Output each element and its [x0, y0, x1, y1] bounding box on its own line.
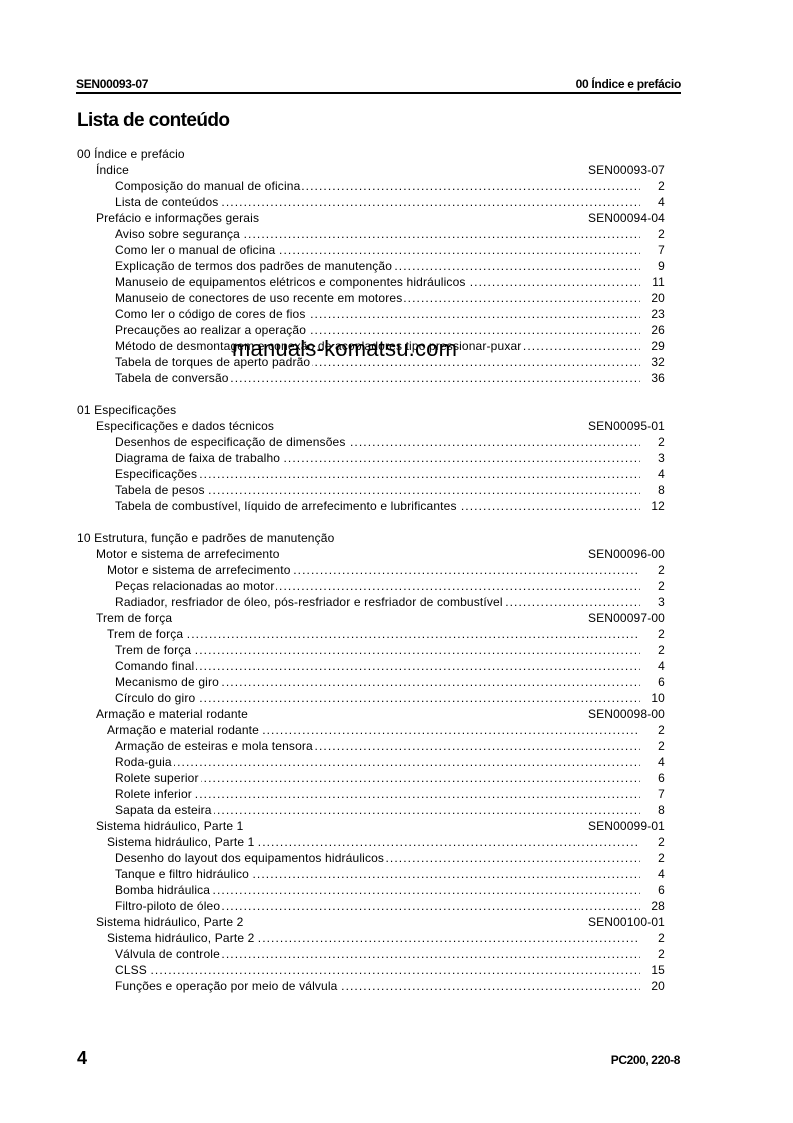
toc-entry[interactable]: Aviso sobre segurança2 [77, 226, 665, 242]
section-title: 00 Índice e prefácio [576, 77, 681, 91]
toc-page-number: 2 [658, 562, 665, 578]
page-title: Lista de conteúdo [77, 110, 229, 132]
toc-entry[interactable]: Comando final4 [77, 658, 665, 674]
toc-entry-title: Explicação de termos dos padrões de manu… [115, 258, 394, 274]
dot-leader [115, 754, 640, 770]
toc-entry-title: Método de desmontagem e conexão de acopl… [115, 338, 523, 354]
toc-entry-title: Círculo do giro [115, 690, 197, 706]
toc-entry[interactable]: Válvula de controle2 [77, 946, 665, 962]
toc-entry-title: Motor e sistema de arrefecimento [96, 546, 282, 562]
toc-entry-title: Filtro-piloto de óleo [115, 898, 222, 914]
toc-entry-title: Diagrama de faixa de trabalho [115, 450, 282, 466]
toc-entry-title: Válvula de controle [115, 946, 222, 962]
toc-entry-title: Sistema hidráulico, Parte 1 [96, 818, 245, 834]
toc-page-number: 6 [658, 674, 665, 690]
toc-entry-title: Sapata da esteira [115, 802, 214, 818]
toc-entry[interactable]: Peças relacionadas ao motor2 [77, 578, 665, 594]
toc-page-number: 12 [651, 498, 665, 514]
toc-entry-title: Trem de força [107, 626, 185, 642]
toc-entry[interactable]: Sapata da esteira8 [77, 802, 665, 818]
toc-entry[interactable]: Precauções ao realizar a operação26 [77, 322, 665, 338]
toc-chapter: 10 Estrutura, função e padrões de manute… [77, 530, 665, 546]
toc-module[interactable]: Prefácio e informações geraisSEN00094-04 [77, 210, 665, 226]
toc-page-number: 26 [651, 322, 665, 338]
toc-page-number: 2 [658, 738, 665, 754]
toc-page-number: 2 [658, 626, 665, 642]
toc-page-number: 2 [658, 178, 665, 194]
table-of-contents: 00 Índice e prefácioÍndiceSEN00093-07Com… [77, 146, 665, 994]
toc-entry[interactable]: Tabela de combustível, líquido de arrefe… [77, 498, 665, 514]
toc-chapter: 00 Índice e prefácio [77, 146, 665, 162]
toc-entry[interactable]: Diagrama de faixa de trabalho3 [77, 450, 665, 466]
toc-page-number: 7 [658, 786, 665, 802]
toc-page-number: 32 [651, 354, 665, 370]
toc-entry-title: 01 Especificações [77, 402, 178, 418]
toc-entry-title: Trem de força [115, 642, 193, 658]
toc-entry-title: Especificações [115, 466, 199, 482]
toc-entry-title: Sistema hidráulico, Parte 1 [107, 834, 256, 850]
toc-entry-title: Bomba hidráulica [115, 882, 212, 898]
toc-page-number: 2 [658, 578, 665, 594]
toc-chapter: 01 Especificações [77, 402, 665, 418]
toc-entry[interactable]: Funções e operação por meio de válvula20 [77, 978, 665, 994]
toc-entry[interactable]: Manuseio de equipamentos elétricos e com… [77, 274, 665, 290]
toc-entry[interactable]: Trem de força2 [77, 642, 665, 658]
toc-entry[interactable]: Como ler o código de cores de fios23 [77, 306, 665, 322]
toc-entry-title: Sistema hidráulico, Parte 2 [96, 914, 245, 930]
toc-module-code: SEN00096-00 [588, 546, 665, 562]
toc-entry-title: Armação e material rodante [96, 706, 250, 722]
toc-page-number: 20 [651, 978, 665, 994]
toc-entry[interactable]: Armação e material rodante2 [77, 722, 665, 738]
toc-entry[interactable]: Tabela de pesos8 [77, 482, 665, 498]
dot-leader [107, 626, 640, 642]
toc-page-number: 8 [658, 482, 665, 498]
toc-page-number: 28 [651, 898, 665, 914]
toc-entry-title: 00 Índice e prefácio [77, 146, 187, 162]
document-code: SEN00093-07 [76, 77, 148, 91]
toc-page-number: 11 [652, 274, 665, 290]
toc-entry[interactable]: Como ler o manual de oficina7 [77, 242, 665, 258]
toc-page-number: 2 [658, 642, 665, 658]
toc-module-code: SEN00094-04 [588, 210, 665, 226]
toc-entry-title: 10 Estrutura, função e padrões de manute… [77, 530, 336, 546]
toc-module-code: SEN00095-01 [588, 418, 665, 434]
toc-entry[interactable]: Armação de esteiras e mola tensora2 [77, 738, 665, 754]
toc-page-number: 2 [658, 946, 665, 962]
toc-page-number: 2 [658, 722, 665, 738]
toc-page-number: 6 [658, 770, 665, 786]
toc-entry-title: Especificações e dados técnicos [96, 418, 276, 434]
toc-entry-title: Comando final [115, 658, 196, 674]
toc-module-code: SEN00100-01 [588, 914, 665, 930]
toc-page-number: 2 [658, 834, 665, 850]
toc-page-number: 8 [658, 802, 665, 818]
toc-entry[interactable]: Lista de conteúdos4 [77, 194, 665, 210]
toc-entry-title: Rolete inferior [115, 786, 194, 802]
toc-entry[interactable]: Tanque e filtro hidráulico4 [77, 866, 665, 882]
toc-module-code: SEN00098-00 [588, 706, 665, 722]
page-footer: 4 PC200, 220-8 [77, 1048, 680, 1070]
dot-leader [115, 962, 640, 978]
toc-page-number: 4 [658, 658, 665, 674]
toc-entry[interactable]: Rolete superior6 [77, 770, 665, 786]
toc-entry-title: Manuseio de conectores de uso recente em… [115, 290, 404, 306]
toc-entry-title: Armação e material rodante [107, 722, 261, 738]
section-spacer [77, 514, 665, 530]
toc-page-number: 9 [658, 258, 665, 274]
toc-page-number: 4 [658, 754, 665, 770]
toc-page-number: 3 [658, 450, 665, 466]
toc-page-number: 2 [658, 434, 665, 450]
toc-entry[interactable]: Método de desmontagem e conexão de acopl… [77, 338, 665, 354]
toc-entry[interactable]: Desenho do layout dos equipamentos hidrá… [77, 850, 665, 866]
toc-page-number: 4 [658, 866, 665, 882]
toc-module[interactable]: ÍndiceSEN00093-07 [77, 162, 665, 178]
toc-entry-title: Funções e operação por meio de válvula [115, 978, 340, 994]
toc-entry[interactable]: Círculo do giro10 [77, 690, 665, 706]
toc-page-number: 2 [658, 850, 665, 866]
machine-model: PC200, 220-8 [611, 1053, 680, 1067]
toc-module[interactable]: Motor e sistema de arrefecimentoSEN00096… [77, 546, 665, 562]
toc-module[interactable]: Trem de forçaSEN00097-00 [77, 610, 665, 626]
toc-entry-title: Como ler o código de cores de fios [115, 306, 308, 322]
toc-entry-title: Desenhos de especificação de dimensões [115, 434, 348, 450]
toc-entry[interactable]: CLSS15 [77, 962, 665, 978]
toc-entry[interactable]: Roda-guia4 [77, 754, 665, 770]
toc-entry[interactable]: Tabela de torques de aperto padrão32 [77, 354, 665, 370]
toc-module-code: SEN00097-00 [588, 610, 665, 626]
toc-page-number: 20 [651, 290, 665, 306]
toc-entry-title: Tabela de pesos [115, 482, 207, 498]
toc-page-number: 10 [651, 690, 665, 706]
toc-entry-title: Radiador, resfriador de óleo, pós-resfri… [115, 594, 505, 610]
toc-entry-title: Sistema hidráulico, Parte 2 [107, 930, 256, 946]
toc-entry-title: Tabela de combustível, líquido de arrefe… [115, 498, 459, 514]
toc-entry[interactable]: Explicação de termos dos padrões de manu… [77, 258, 665, 274]
toc-module-code: SEN00093-07 [588, 162, 665, 178]
toc-entry[interactable]: Mecanismo de giro6 [77, 674, 665, 690]
toc-entry-title: Índice [96, 162, 131, 178]
toc-entry-title: Precauções ao realizar a operação [115, 322, 308, 338]
toc-module[interactable]: Sistema hidráulico, Parte 1SEN00099-01 [77, 818, 665, 834]
section-spacer [77, 386, 665, 402]
toc-entry[interactable]: Especificações4 [77, 466, 665, 482]
toc-entry-title: Tabela de torques de aperto padrão [115, 354, 312, 370]
toc-page-number: 6 [658, 882, 665, 898]
toc-entry-title: CLSS [115, 962, 149, 978]
toc-module[interactable]: Sistema hidráulico, Parte 2SEN00100-01 [77, 914, 665, 930]
toc-module[interactable]: Armação e material rodanteSEN00098-00 [77, 706, 665, 722]
toc-entry-title: Tanque e filtro hidráulico [115, 866, 251, 882]
toc-entry[interactable]: Motor e sistema de arrefecimento2 [77, 562, 665, 578]
toc-entry-title: Mecanismo de giro [115, 674, 221, 690]
toc-entry-title: Tabela de conversão [115, 370, 231, 386]
toc-entry-title: Roda-guia [115, 754, 174, 770]
toc-page-number: 2 [658, 930, 665, 946]
toc-module-code: SEN00099-01 [588, 818, 665, 834]
toc-entry-title: Prefácio e informações gerais [96, 210, 261, 226]
toc-entry-title: Armação de esteiras e mola tensora [115, 738, 315, 754]
toc-page-number: 4 [658, 194, 665, 210]
toc-entry[interactable]: Manuseio de conectores de uso recente em… [77, 290, 665, 306]
toc-page-number: 36 [651, 370, 665, 386]
toc-page-number: 3 [658, 594, 665, 610]
toc-page-number: 7 [658, 242, 665, 258]
toc-entry-title: Lista de conteúdos [115, 194, 220, 210]
toc-entry[interactable]: Composição do manual de oficina2 [77, 178, 665, 194]
toc-page-number: 29 [651, 338, 665, 354]
toc-page-number: 4 [658, 466, 665, 482]
toc-entry-title: Como ler o manual de oficina [115, 242, 277, 258]
toc-page-number: 15 [651, 962, 665, 978]
toc-entry[interactable]: Sistema hidráulico, Parte 22 [77, 930, 665, 946]
toc-module[interactable]: Especificações e dados técnicosSEN00095-… [77, 418, 665, 434]
toc-page-number: 2 [658, 226, 665, 242]
page-header: SEN00093-07 00 Índice e prefácio [76, 76, 681, 94]
dot-leader [115, 642, 640, 658]
toc-entry-title: Desenho do layout dos equipamentos hidrá… [115, 850, 386, 866]
toc-entry-title: Manuseio de equipamentos elétricos e com… [115, 274, 468, 290]
toc-entry[interactable]: Filtro-piloto de óleo28 [77, 898, 665, 914]
toc-entry[interactable]: Trem de força2 [77, 626, 665, 642]
toc-entry[interactable]: Radiador, resfriador de óleo, pós-resfri… [77, 594, 665, 610]
toc-entry[interactable]: Rolete inferior7 [77, 786, 665, 802]
toc-entry[interactable]: Sistema hidráulico, Parte 12 [77, 834, 665, 850]
toc-entry[interactable]: Tabela de conversão36 [77, 370, 665, 386]
toc-page-number: 23 [651, 306, 665, 322]
toc-entry-title: Aviso sobre segurança [115, 226, 242, 242]
toc-entry-title: Rolete superior [115, 770, 201, 786]
toc-entry-title: Motor e sistema de arrefecimento [107, 562, 293, 578]
page-number: 4 [77, 1048, 87, 1069]
toc-entry-title: Composição do manual de oficina [115, 178, 302, 194]
toc-entry-title: Trem de força [96, 610, 174, 626]
toc-entry[interactable]: Bomba hidráulica6 [77, 882, 665, 898]
toc-entry-title: Peças relacionadas ao motor [115, 578, 276, 594]
toc-entry[interactable]: Desenhos de especificação de dimensões2 [77, 434, 665, 450]
